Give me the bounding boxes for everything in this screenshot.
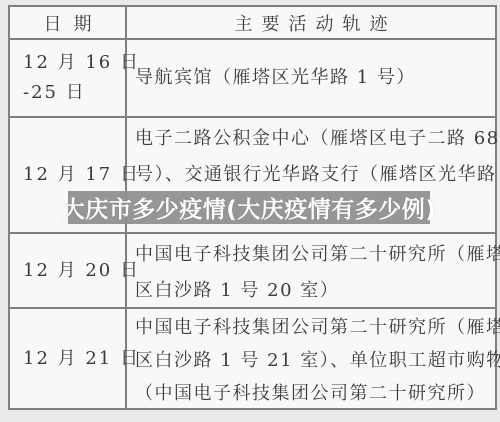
scanned-table-photo: 日期 主要活动轨迹 12 月 16 日 -25 日 导航宾馆（雁塔区光华路 1 … bbox=[0, 0, 500, 422]
track-line: 区白沙路 1 号 20 室） bbox=[135, 273, 491, 309]
date-cell: 12 月 21 日 bbox=[10, 309, 127, 408]
date-line: 12 月 16 日 bbox=[23, 48, 140, 78]
date-line: 12 月 17 日 bbox=[23, 160, 140, 190]
table-row: 12 月 20 日 中国电子科技集团公司第二十研究所（雁塔 区白沙路 1 号 2… bbox=[10, 234, 495, 309]
date-line: 12 月 21 日 bbox=[23, 344, 140, 374]
track-column-header: 主要活动轨迹 bbox=[127, 7, 495, 38]
table-row: 12 月 16 日 -25 日 导航宾馆（雁塔区光华路 1 号） bbox=[10, 40, 495, 118]
track-line: 电子二路公积金中心（雁塔区电子二路 68 bbox=[135, 121, 491, 157]
track-line: 区白沙路 1 号 21 室）、单位职工超市购物 bbox=[135, 344, 491, 377]
track-cell: 中国电子科技集团公司第二十研究所（雁塔 区白沙路 1 号 21 室）、单位职工超… bbox=[127, 309, 495, 408]
date-line: 12 月 20 日 bbox=[23, 256, 140, 286]
track-line: 中国电子科技集团公司第二十研究所（雁塔 bbox=[135, 311, 491, 344]
table-row: 12 月 21 日 中国电子科技集团公司第二十研究所（雁塔 区白沙路 1 号 2… bbox=[10, 309, 495, 408]
track-cell: 导航宾馆（雁塔区光华路 1 号） bbox=[127, 40, 495, 116]
track-line: 号）、交通银行光华路支行（雁塔区光华路 bbox=[135, 157, 491, 193]
date-cell: 12 月 16 日 -25 日 bbox=[10, 40, 127, 116]
table-header-row: 日期 主要活动轨迹 bbox=[10, 7, 495, 40]
watermark-caption-banner: 大庆市多少疫情(大庆疫情有多少例) bbox=[68, 191, 430, 224]
track-line: 导航宾馆（雁塔区光华路 1 号） bbox=[135, 60, 416, 96]
date-column-header: 日期 bbox=[10, 7, 127, 38]
track-line: （中国电子科技集团公司第二十研究所） bbox=[135, 377, 491, 410]
track-line: 中国电子科技集团公司第二十研究所（雁塔 bbox=[135, 237, 491, 273]
track-cell: 中国电子科技集团公司第二十研究所（雁塔 区白沙路 1 号 20 室） bbox=[127, 234, 495, 307]
date-cell: 12 月 20 日 bbox=[10, 234, 127, 307]
date-line: -25 日 bbox=[23, 78, 140, 108]
